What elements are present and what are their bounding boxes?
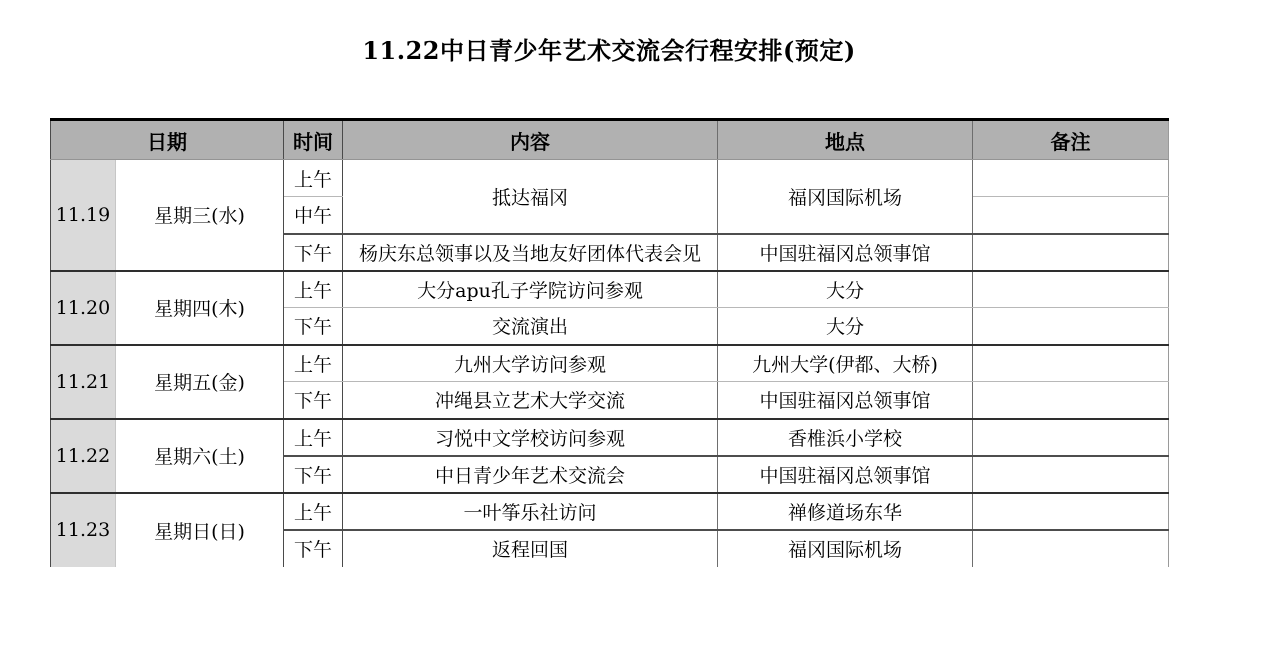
remark-cell [973, 456, 1169, 493]
weekday-cell-1120: 星期四(木) [116, 271, 284, 345]
location-cell: 大分 [718, 271, 973, 308]
date-cell-1120: 11.20 [51, 271, 116, 345]
time-cell: 下午 [284, 456, 343, 493]
table-row: 11.21 星期五(金) 上午 九州大学访问参观 九州大学(伊都、大桥) [51, 345, 1169, 382]
remark-cell [973, 271, 1169, 308]
remark-cell [973, 197, 1169, 234]
weekday-cell-1119: 星期三(水) [116, 160, 284, 271]
page-title: 11.22中日青少年艺术交流会行程安排(预定) [50, 31, 1168, 66]
time-cell: 上午 [284, 160, 343, 197]
time-cell: 上午 [284, 493, 343, 530]
location-cell: 中国驻福冈总领事馆 [718, 234, 973, 271]
content-cell: 一叶筝乐社访问 [343, 493, 718, 530]
time-cell: 下午 [284, 382, 343, 419]
location-cell: 九州大学(伊都、大桥) [718, 345, 973, 382]
time-cell: 下午 [284, 308, 343, 345]
remark-cell [973, 382, 1169, 419]
location-cell: 中国驻福冈总领事馆 [718, 382, 973, 419]
time-cell: 上午 [284, 345, 343, 382]
table-row: 11.23 星期日(日) 上午 一叶筝乐社访问 禅修道场东华 [51, 493, 1169, 530]
time-cell: 上午 [284, 271, 343, 308]
content-cell: 冲绳县立艺术大学交流 [343, 382, 718, 419]
weekday-cell-1121: 星期五(金) [116, 345, 284, 419]
location-cell: 中国驻福冈总领事馆 [718, 456, 973, 493]
time-cell: 下午 [284, 234, 343, 271]
content-cell: 返程回国 [343, 530, 718, 567]
location-cell: 福冈国际机场 [718, 160, 973, 234]
column-header-remark: 备注 [973, 120, 1169, 160]
content-cell: 大分apu孔子学院访问参观 [343, 271, 718, 308]
remark-cell [973, 234, 1169, 271]
time-cell: 下午 [284, 530, 343, 567]
time-cell: 中午 [284, 197, 343, 234]
content-cell: 杨庆东总领事以及当地友好团体代表会见 [343, 234, 718, 271]
table-row: 11.20 星期四(木) 上午 大分apu孔子学院访问参观 大分 [51, 271, 1169, 308]
weekday-cell-1123: 星期日(日) [116, 493, 284, 567]
column-header-time: 时间 [284, 120, 343, 160]
date-cell-1122: 11.22 [51, 419, 116, 493]
remark-cell [973, 308, 1169, 345]
table-row: 11.22 星期六(土) 上午 习悦中文学校访问参观 香椎浜小学校 [51, 419, 1169, 456]
date-cell-1121: 11.21 [51, 345, 116, 419]
date-cell-1123: 11.23 [51, 493, 116, 567]
location-cell: 大分 [718, 308, 973, 345]
remark-cell [973, 345, 1169, 382]
location-cell: 福冈国际机场 [718, 530, 973, 567]
content-cell: 中日青少年艺术交流会 [343, 456, 718, 493]
content-cell: 交流演出 [343, 308, 718, 345]
remark-cell [973, 530, 1169, 567]
remark-cell [973, 160, 1169, 197]
remark-cell [973, 419, 1169, 456]
content-cell: 抵达福冈 [343, 160, 718, 234]
schedule-table: 日期 时间 内容 地点 备注 11.19 星期三(水) 上午 抵达福冈 福冈国际… [50, 118, 1169, 567]
remark-cell [973, 493, 1169, 530]
column-header-content: 内容 [343, 120, 718, 160]
location-cell: 香椎浜小学校 [718, 419, 973, 456]
table-row: 11.19 星期三(水) 上午 抵达福冈 福冈国际机场 [51, 160, 1169, 197]
weekday-cell-1122: 星期六(土) [116, 419, 284, 493]
content-cell: 九州大学访问参观 [343, 345, 718, 382]
column-header-date: 日期 [51, 120, 284, 160]
document-page: 11.22中日青少年艺术交流会行程安排(预定) 日期 时间 内容 地点 备注 1… [0, 0, 1270, 650]
header-row: 日期 时间 内容 地点 备注 [51, 120, 1169, 160]
location-cell: 禅修道场东华 [718, 493, 973, 530]
content-cell: 习悦中文学校访问参观 [343, 419, 718, 456]
column-header-location: 地点 [718, 120, 973, 160]
time-cell: 上午 [284, 419, 343, 456]
date-cell-1119: 11.19 [51, 160, 116, 271]
